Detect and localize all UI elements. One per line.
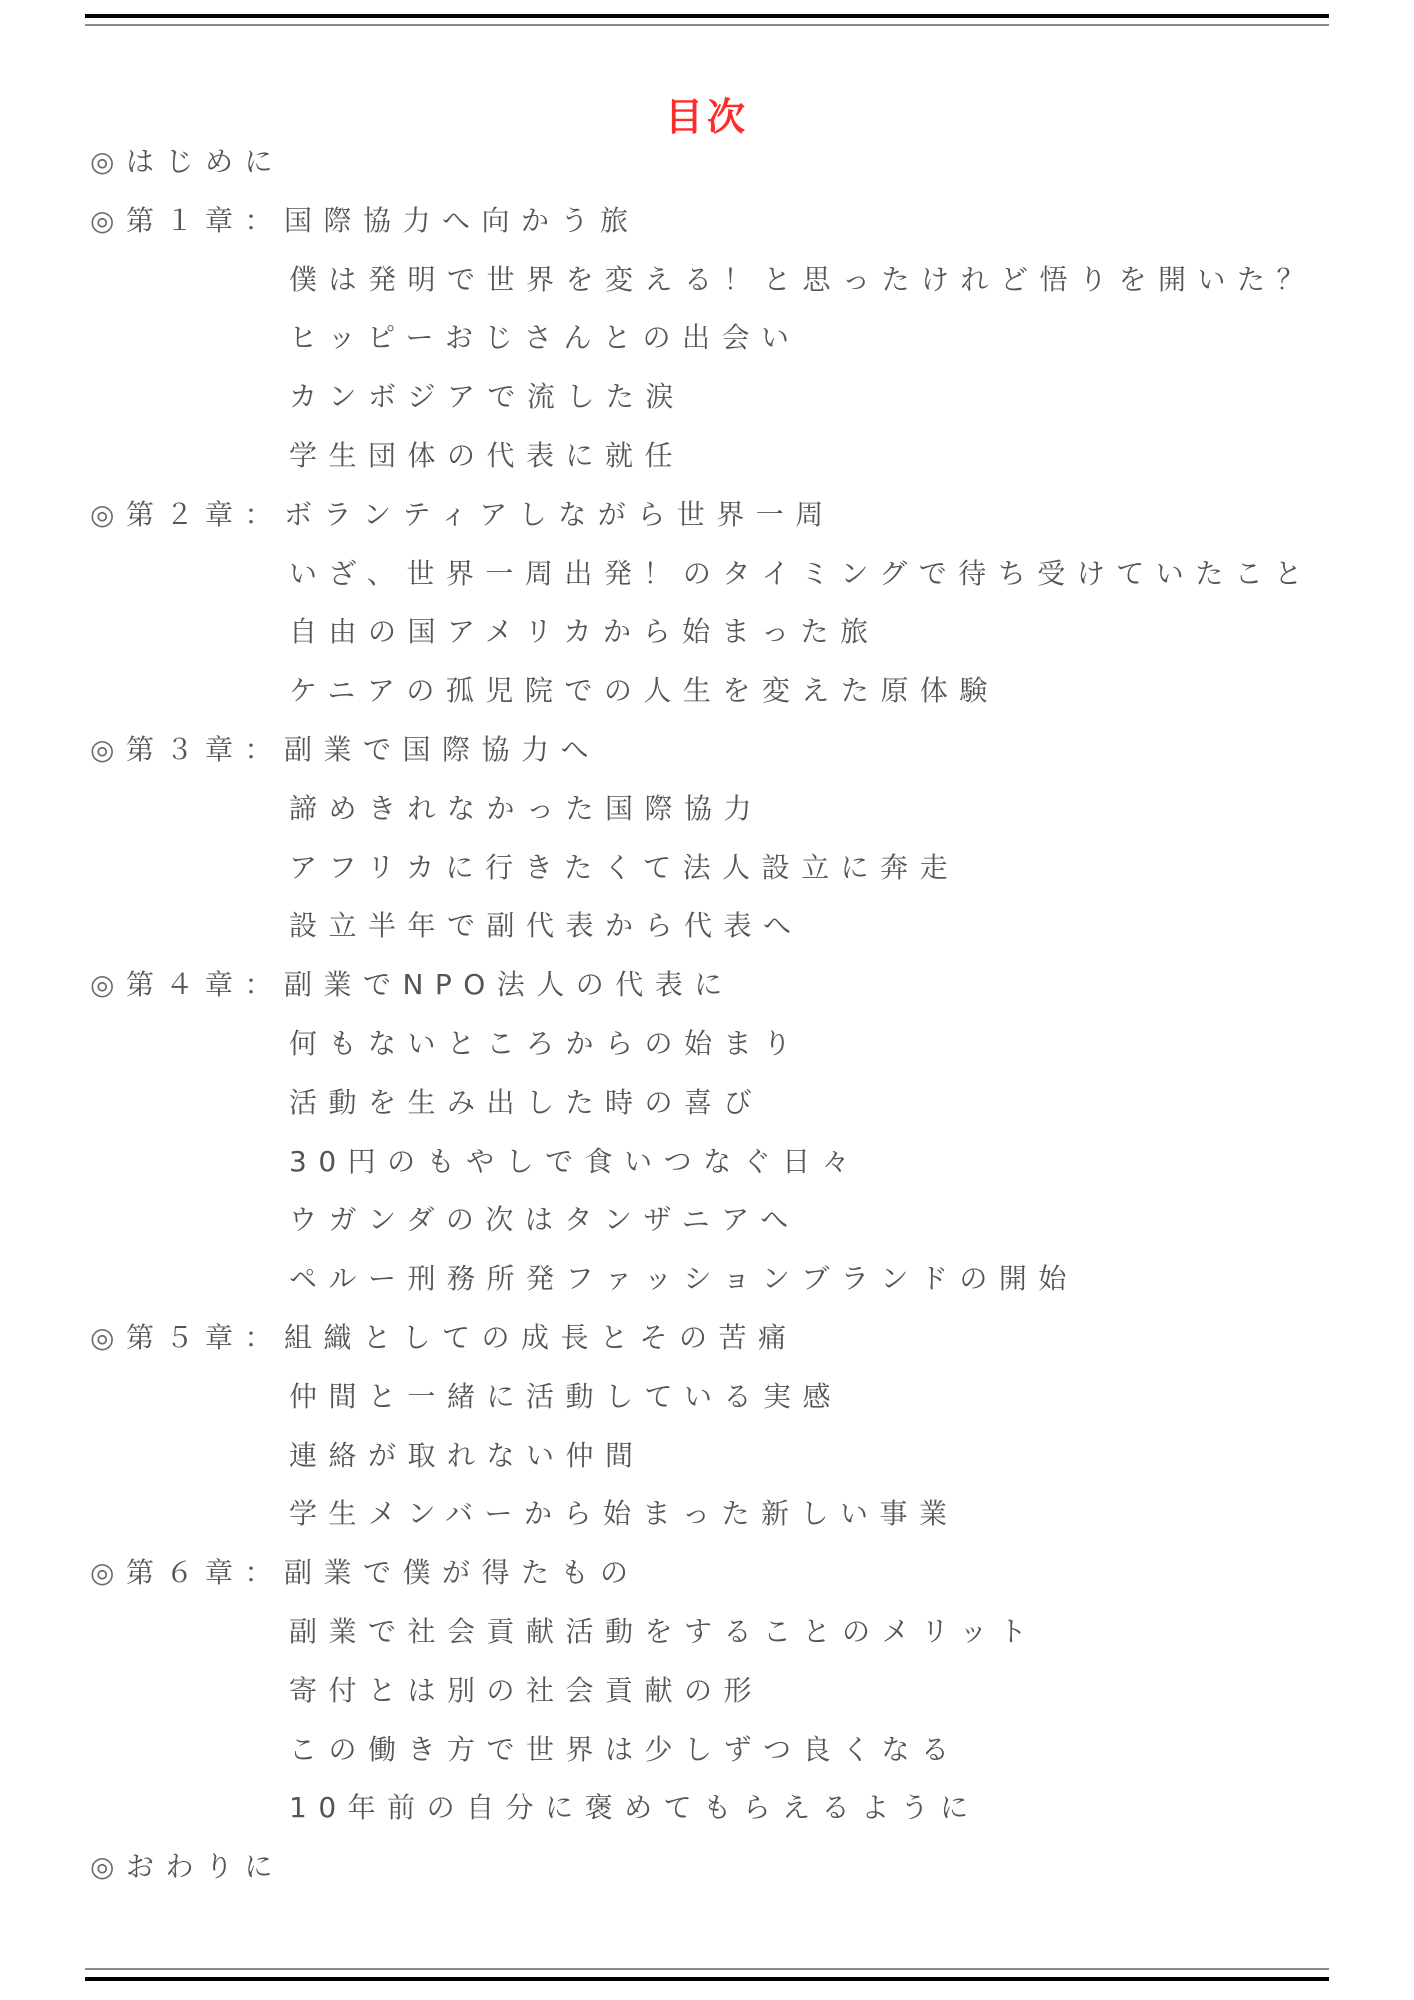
double-circle-bullet-icon: ◎: [90, 145, 126, 178]
toc-subentry[interactable]: カンボジアで流した涙: [90, 375, 1350, 434]
toc-subentry[interactable]: 設立半年で副代表から代表へ: [90, 904, 1350, 963]
toc-entry-label: 第３章：副業で国際協力へ: [126, 733, 600, 766]
toc-subentry[interactable]: いざ、世界一周出発！のタイミングで待ち受けていたこと: [90, 552, 1350, 611]
double-circle-bullet-icon: ◎: [90, 1850, 126, 1883]
toc-chapter-4[interactable]: ◎第４章：副業でNPO法人の代表に: [90, 963, 1350, 1022]
toc-entry-intro[interactable]: ◎はじめに: [90, 140, 1350, 199]
toc-subentry[interactable]: 仲間と一緒に活動している実感: [90, 1375, 1350, 1434]
toc-chapter-5[interactable]: ◎第５章：組織としての成長とその苦痛: [90, 1316, 1350, 1375]
double-circle-bullet-icon: ◎: [90, 733, 126, 766]
double-circle-bullet-icon: ◎: [90, 498, 126, 531]
toc-subentry[interactable]: アフリカに行きたくて法人設立に奔走: [90, 846, 1350, 905]
toc-subentry[interactable]: 活動を生み出した時の喜び: [90, 1081, 1350, 1140]
top-border-thin: [85, 24, 1329, 26]
toc-subentry[interactable]: ケニアの孤児院での人生を変えた原体験: [90, 669, 1350, 728]
toc-subentry[interactable]: 10年前の自分に褒めてもらえるように: [90, 1786, 1350, 1845]
toc-subentry[interactable]: 副業で社会貢献活動をすることのメリット: [90, 1610, 1350, 1669]
toc-subentry[interactable]: 諦めきれなかった国際協力: [90, 787, 1350, 846]
bottom-border-thin: [85, 1968, 1329, 1970]
toc-subentry[interactable]: 僕は発明で世界を変える！と思ったけれど悟りを開いた？: [90, 258, 1350, 317]
toc-list: ◎はじめに ◎第１章：国際協力へ向かう旅 僕は発明で世界を変える！と思ったけれど…: [90, 140, 1350, 1904]
double-circle-bullet-icon: ◎: [90, 968, 126, 1001]
double-circle-bullet-icon: ◎: [90, 1321, 126, 1354]
toc-subentry[interactable]: ペルー刑務所発ファッションブランドの開始: [90, 1257, 1350, 1316]
double-circle-bullet-icon: ◎: [90, 1556, 126, 1589]
toc-chapter-6[interactable]: ◎第６章：副業で僕が得たもの: [90, 1551, 1350, 1610]
toc-entry-label: 第２章：ボランティアしながら世界一周: [126, 498, 835, 531]
toc-subentry[interactable]: 自由の国アメリカから始まった旅: [90, 610, 1350, 669]
toc-entry-label: 第４章：副業でNPO法人の代表に: [126, 968, 734, 1001]
bottom-border-thick: [85, 1977, 1329, 1981]
toc-entry-outro[interactable]: ◎おわりに: [90, 1845, 1350, 1904]
toc-subentry[interactable]: 寄付とは別の社会貢献の形: [90, 1669, 1350, 1728]
toc-subentry[interactable]: 学生団体の代表に就任: [90, 434, 1350, 493]
toc-chapter-2[interactable]: ◎第２章：ボランティアしながら世界一周: [90, 493, 1350, 552]
top-border-thick: [85, 14, 1329, 18]
toc-title: 目次: [0, 93, 1414, 141]
toc-chapter-3[interactable]: ◎第３章：副業で国際協力へ: [90, 728, 1350, 787]
toc-entry-label: おわりに: [126, 1850, 284, 1883]
toc-subentry[interactable]: ヒッピーおじさんとの出会い: [90, 316, 1350, 375]
toc-subentry[interactable]: この働き方で世界は少しずつ良くなる: [90, 1728, 1350, 1787]
toc-subentry[interactable]: 30円のもやしで食いつなぐ日々: [90, 1140, 1350, 1199]
toc-entry-label: 第６章：副業で僕が得たもの: [126, 1556, 640, 1589]
toc-chapter-1[interactable]: ◎第１章：国際協力へ向かう旅: [90, 199, 1350, 258]
toc-entry-label: 第５章：組織としての成長とその苦痛: [126, 1321, 798, 1354]
toc-subentry[interactable]: 何もないところからの始まり: [90, 1022, 1350, 1081]
toc-subentry[interactable]: 学生メンバーから始まった新しい事業: [90, 1492, 1350, 1551]
toc-entry-label: 第１章：国際協力へ向かう旅: [126, 204, 640, 237]
toc-subentry[interactable]: 連絡が取れない仲間: [90, 1434, 1350, 1493]
toc-entry-label: はじめに: [126, 145, 284, 178]
toc-subentry[interactable]: ウガンダの次はタンザニアへ: [90, 1198, 1350, 1257]
double-circle-bullet-icon: ◎: [90, 204, 126, 237]
